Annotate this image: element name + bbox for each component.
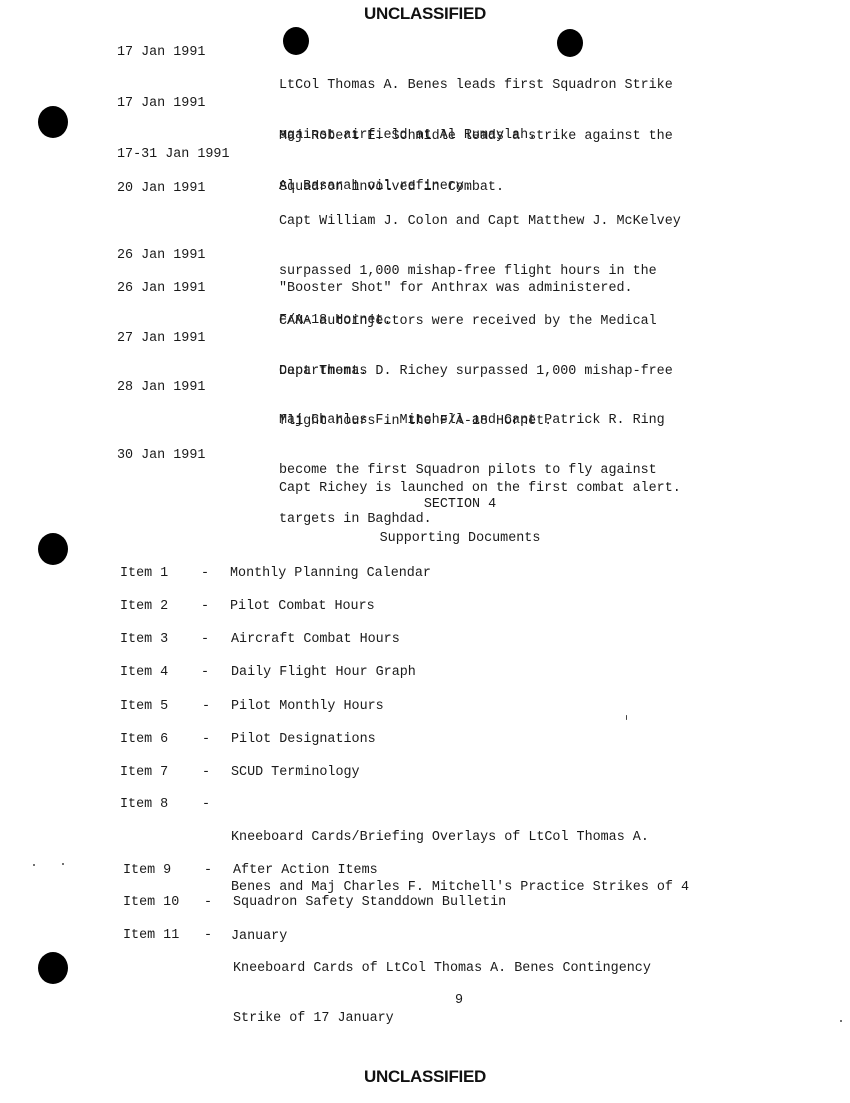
document-item: Item 11 - Kneeboard Cards of LtCol Thoma… xyxy=(123,928,155,1011)
item-label: Item 9 xyxy=(123,863,171,880)
item-text: After Action Items xyxy=(233,863,378,880)
item-dash: - xyxy=(202,732,210,749)
item-label: Item 11 xyxy=(123,928,179,945)
scan-speck xyxy=(840,1020,842,1022)
item-dash: - xyxy=(204,928,212,945)
section-title: SECTION 4 xyxy=(0,497,850,514)
item-line: Kneeboard Cards of LtCol Thomas A. Benes… xyxy=(233,961,651,978)
entry-date: 20 Jan 1991 xyxy=(117,181,205,198)
item-dash: - xyxy=(201,665,209,682)
classification-banner-top: UNCLASSIFIED xyxy=(0,4,850,24)
page-number: 9 xyxy=(455,993,463,1010)
entry-date: 26 Jan 1991 xyxy=(117,248,205,265)
item-text: Pilot Combat Hours xyxy=(230,599,375,616)
classification-banner-bottom: UNCLASSIFIED xyxy=(0,1067,850,1087)
entry-line: CANA autoinjectors were received by the … xyxy=(279,314,799,331)
item-label: Item 2 xyxy=(120,599,168,616)
item-label: Item 7 xyxy=(120,765,168,782)
item-text: Pilot Monthly Hours xyxy=(231,699,384,716)
item-dash: - xyxy=(204,863,212,880)
entry-line: LtCol Thomas A. Benes leads first Squadr… xyxy=(279,78,799,95)
item-label: Item 6 xyxy=(120,732,168,749)
entry-date: 27 Jan 1991 xyxy=(117,331,205,348)
item-label: Item 1 xyxy=(120,566,168,583)
punch-hole-icon xyxy=(38,952,68,984)
entry-line: Capt William J. Colon and Capt Matthew J… xyxy=(279,214,799,231)
entry-date: 28 Jan 1991 xyxy=(117,380,205,397)
item-text: Pilot Designations xyxy=(231,732,376,749)
entry-date: 17 Jan 1991 xyxy=(117,96,205,113)
item-label: Item 5 xyxy=(120,699,168,716)
entry-date: 26 Jan 1991 xyxy=(117,281,205,298)
item-label: Item 3 xyxy=(120,632,168,649)
item-text: Monthly Planning Calendar xyxy=(230,566,431,583)
item-dash: - xyxy=(202,699,210,716)
item-dash: - xyxy=(201,632,209,649)
item-dash: - xyxy=(202,797,210,814)
scan-speck xyxy=(33,864,35,866)
item-dash: - xyxy=(201,599,209,616)
entry-description: Capt Richey is launched on the first com… xyxy=(279,448,799,531)
item-dash: - xyxy=(202,765,210,782)
item-line: Strike of 17 January xyxy=(233,1011,651,1028)
scan-speck xyxy=(62,863,64,865)
scan-speck xyxy=(626,715,627,720)
item-label: Item 8 xyxy=(120,797,168,814)
item-dash: - xyxy=(204,895,212,912)
punch-hole-icon xyxy=(38,106,68,138)
item-text: Aircraft Combat Hours xyxy=(231,632,400,649)
item-line: Kneeboard Cards/Briefing Overlays of LtC… xyxy=(231,830,689,847)
item-line: Benes and Maj Charles F. Mitchell's Prac… xyxy=(231,880,689,897)
item-label: Item 10 xyxy=(123,895,179,912)
section-subtitle: Supporting Documents xyxy=(0,531,850,548)
item-text: Daily Flight Hour Graph xyxy=(231,665,416,682)
entry-date: 17-31 Jan 1991 xyxy=(117,147,230,164)
item-text: SCUD Terminology xyxy=(231,765,360,782)
item-label: Item 4 xyxy=(120,665,168,682)
entry-line: Capt Thomas D. Richey surpassed 1,000 mi… xyxy=(279,364,799,381)
entry-date: 17 Jan 1991 xyxy=(117,45,205,62)
item-dash: - xyxy=(201,566,209,583)
item-text: Kneeboard Cards of LtCol Thomas A. Benes… xyxy=(233,928,651,1060)
entry-line: Maj Robert E. Schmidle leads a strike ag… xyxy=(279,129,799,146)
entry-line: Capt Richey is launched on the first com… xyxy=(279,481,799,498)
entry-line: Maj Charles F. Mitchell and Capt Patrick… xyxy=(279,413,799,430)
entry-date: 30 Jan 1991 xyxy=(117,448,205,465)
item-text: Squadron Safety Standdown Bulletin xyxy=(233,895,506,912)
